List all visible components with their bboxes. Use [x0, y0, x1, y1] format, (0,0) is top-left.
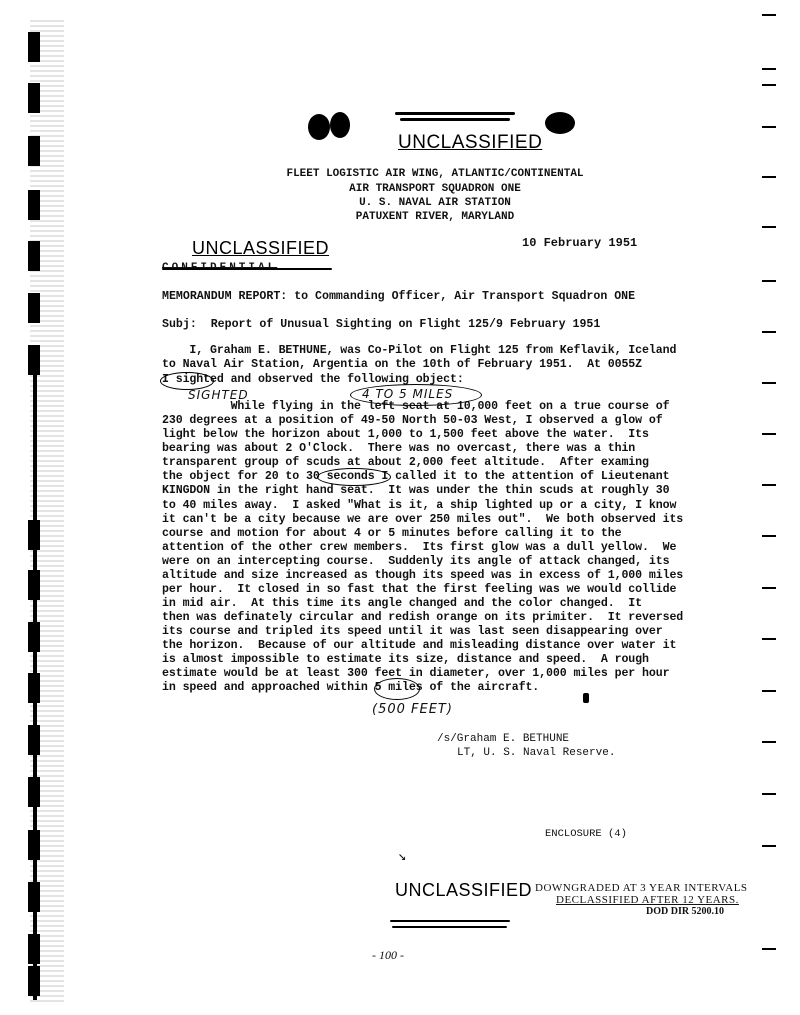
binder-edge — [24, 20, 52, 1005]
handwritten-circle — [317, 468, 391, 486]
body-line: attention of the other crew members. Its… — [162, 541, 676, 554]
binder-hole — [28, 293, 40, 323]
binder-hole — [28, 725, 40, 755]
body-line: then was definately circular and redish … — [162, 611, 683, 624]
downgrade-line: DOD DIR 5200.10 — [646, 906, 724, 917]
downgrade-line: DECLASSIFIED AFTER 12 YEARS. — [556, 894, 739, 906]
ink-blot — [330, 112, 350, 138]
letterhead-line: PATUXENT RIVER, MARYLAND — [235, 211, 635, 223]
binder-hole — [28, 136, 40, 166]
body-line: the object for 20 to 30 seconds I called… — [162, 470, 669, 483]
redaction-scribble — [400, 118, 510, 121]
redaction-scribble — [395, 112, 515, 115]
classification-stamp-top: UNCLASSIFIED — [398, 132, 542, 154]
body-line: light below the horizon about 1,000 to 1… — [162, 428, 649, 441]
binder-hole — [28, 830, 40, 860]
body-line: 230 degrees at a position of 49-50 North… — [162, 414, 663, 427]
binder-hole — [28, 673, 40, 703]
body-line: transparent group of scuds at about 2,00… — [162, 456, 649, 469]
ink-blot — [308, 114, 330, 140]
body-line: KINGDON in the right hand seat. It was u… — [162, 484, 669, 497]
body-line: bearing was about 2 O'Clock. There was n… — [162, 442, 635, 455]
redaction-scribble — [390, 920, 510, 922]
ink-blot — [545, 112, 575, 134]
body-line: it can't be a city because we are over 2… — [162, 513, 683, 526]
pen-mark: ↘ — [398, 848, 406, 865]
memo-to-line: MEMORANDUM REPORT: to Commanding Officer… — [162, 290, 635, 303]
page-number: - 100 - — [372, 948, 404, 963]
signature-rank: LT, U. S. Naval Reserve. — [457, 747, 615, 759]
body-line: the horizon. Because of our altitude and… — [162, 639, 676, 652]
enclosure-label: ENCLOSURE (4) — [545, 828, 627, 840]
binder-hole — [28, 83, 40, 113]
intro-line: I, Graham E. BETHUNE, was Co-Pilot on Fl… — [162, 344, 676, 357]
body-line: course and motion for about 4 or 5 minut… — [162, 527, 621, 540]
redaction-scribble — [162, 268, 332, 270]
downgrade-line: DOWNGRADED AT 3 YEAR INTERVALS — [535, 882, 748, 894]
classification-stamp-bottom: UNCLASSIFIED — [395, 880, 532, 901]
binder-hole — [28, 32, 40, 62]
body-line: estimate would be at least 300 feet in d… — [162, 667, 669, 680]
ink-mark — [583, 693, 589, 703]
body-line: its course and tripled its speed until i… — [162, 625, 663, 638]
document-date: 10 February 1951 — [522, 236, 637, 250]
letterhead-line: U. S. NAVAL AIR STATION — [235, 197, 635, 209]
body-line: were on an intercepting course. Suddenly… — [162, 555, 669, 568]
binder-hole — [28, 520, 40, 550]
binder-hole — [28, 622, 40, 652]
memo-subject-line: Subj: Report of Unusual Sighting on Flig… — [162, 318, 600, 331]
redaction-scribble — [392, 926, 507, 928]
body-line: in mid air. At this time its angle chang… — [162, 597, 642, 610]
body-line: per hour. It closed in so fast that the … — [162, 583, 676, 596]
binder-hole — [28, 777, 40, 807]
body-line: to 40 miles away. I asked "What is it, a… — [162, 499, 676, 512]
binder-hole — [28, 570, 40, 600]
letterhead-line: AIR TRANSPORT SQUADRON ONE — [235, 183, 635, 195]
binder-hole — [28, 934, 40, 964]
handwritten-circle — [374, 678, 420, 700]
binder-hole — [28, 190, 40, 220]
letterhead-line: FLEET LOGISTIC AIR WING, ATLANTIC/CONTIN… — [235, 168, 635, 180]
body-line: is almost impossible to estimate its siz… — [162, 653, 649, 666]
binder-hole — [28, 966, 40, 996]
intro-line: to Naval Air Station, Argentia on the 10… — [162, 358, 642, 371]
handwritten-size: (500 FEET) — [372, 702, 453, 717]
body-line: altitude and size increased as though it… — [162, 569, 683, 582]
body-line: in speed and approached within 5 miles o… — [162, 681, 539, 694]
classification-stamp-left: UNCLASSIFIED — [192, 238, 329, 259]
body-line: While flying in the left seat at 10,000 … — [162, 400, 669, 413]
binder-hole — [28, 241, 40, 271]
signature-name: /s/Graham E. BETHUNE — [437, 733, 569, 745]
binder-hole — [28, 882, 40, 912]
